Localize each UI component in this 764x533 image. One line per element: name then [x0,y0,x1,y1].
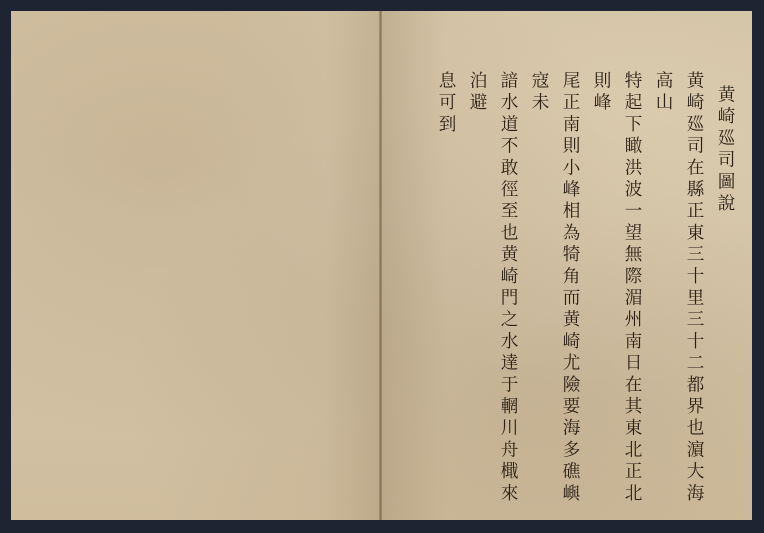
text-column-3: 尾正南則小峰相為犄角而黄崎尤險要海多礁嶼寇未 [523,71,585,520]
text-column-4: 諳水道不敢徑至也黄崎門之水達于輞川舟檝來泊避 [461,71,523,520]
left-page-blank [11,11,380,520]
book-spread: 黄崎廵司圖說 黄崎廵司在縣正東三十里三十二都界也濵大海高山 特起下瞰洪波一望無際… [11,11,752,520]
text-column-5: 息可到 [430,71,461,520]
center-fold [379,11,382,520]
text-column-1: 黄崎廵司在縣正東三十里三十二都界也濵大海高山 [647,71,709,520]
vertical-text-block: 黄崎廵司圖說 黄崎廵司在縣正東三十里三十二都界也濵大海高山 特起下瞰洪波一望無際… [430,71,740,520]
document-title: 黄崎廵司圖說 [709,85,740,520]
text-column-2: 特起下瞰洪波一望無際湄州南日在其東北正北則峰 [585,71,647,520]
